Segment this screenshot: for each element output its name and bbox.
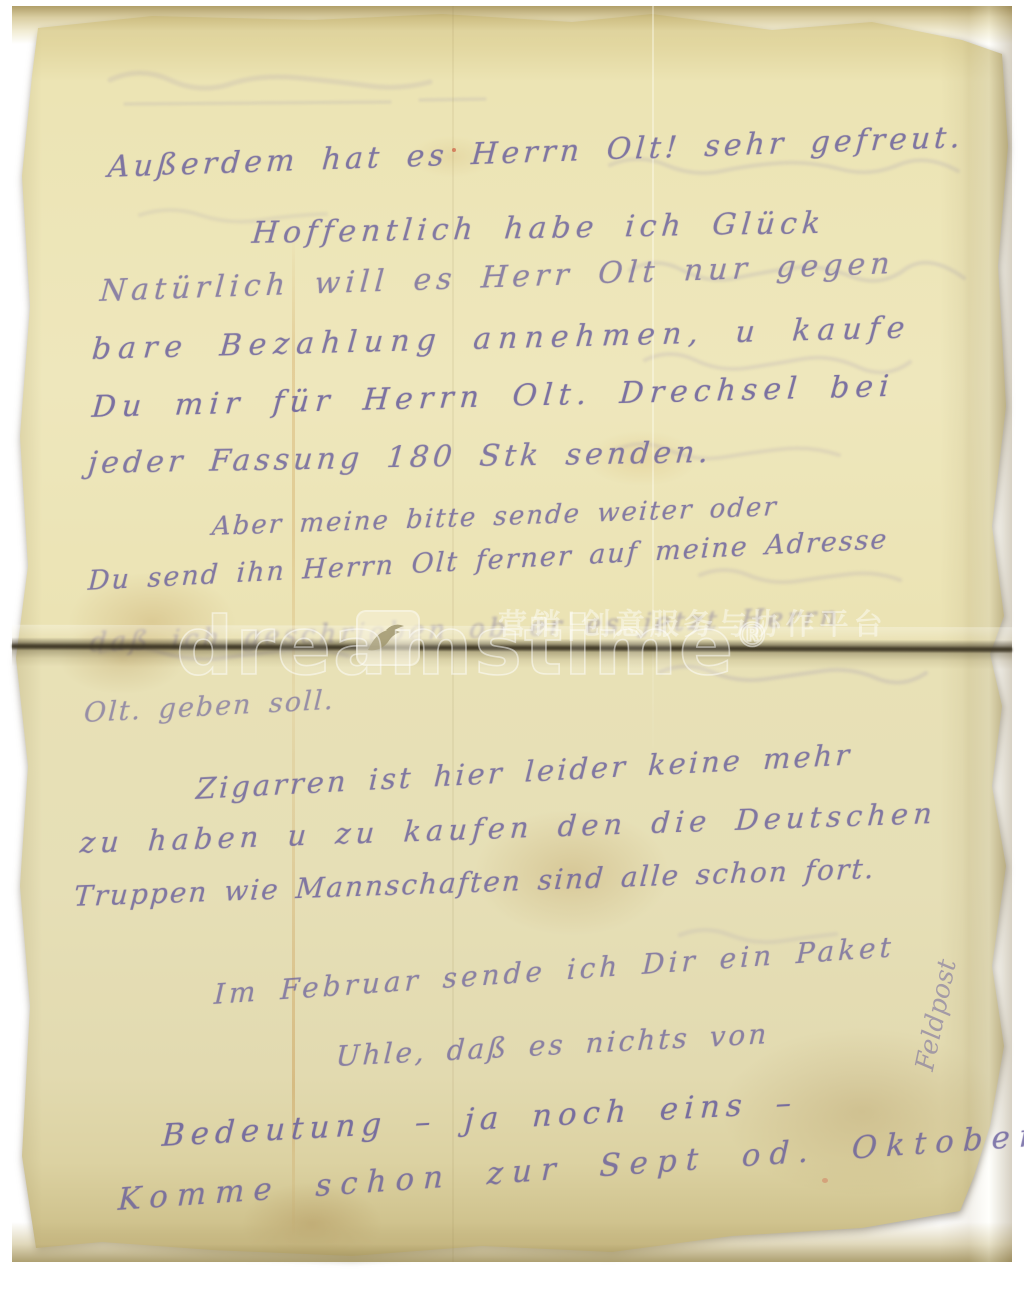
handwritten-line-2: Hoffentlich habe ich Glück [250,206,826,251]
margin-note-vertical: Feldpost [910,957,963,1074]
red-ink-speck [822,1178,828,1183]
handwritten-line-13: Truppen wie Mannschaften sind alle schon… [73,852,877,913]
handwritten-line-1: Außerdem hat es Herrn Olt! sehr gefreut. [107,120,965,185]
handwritten-line-15: Uhle, daß es nichts von [335,1017,770,1073]
handwritten-line-14: Im Februar sende ich Dir ein Paket [213,930,895,1011]
handwritten-line-8: Du send ihn Herrn Olt ferner auf meine A… [87,524,889,597]
handwritten-line-11: Zigarren ist hier leider keine mehr [195,738,853,807]
handwritten-line-5: Du mir für Herrn Olt. Drechsel bei [91,369,897,425]
handwritten-line-6: jeder Fassung 180 Stk senden. [86,435,713,481]
scanned-letter-photo: Außerdem hat es Herrn Olt! sehr gefreut.… [0,0,1024,1291]
handwritten-line-12: zu haben u zu kaufen den die Deutschen [79,796,938,860]
handwritten-line-10: Olt. geben soll. [83,685,336,729]
red-ink-speck [452,148,456,152]
handwritten-line-3: Natürlich will es Herr Olt nur gegen [99,246,896,309]
handwritten-line-4: bare Bezahlung annehmen, u kaufe [91,310,913,367]
